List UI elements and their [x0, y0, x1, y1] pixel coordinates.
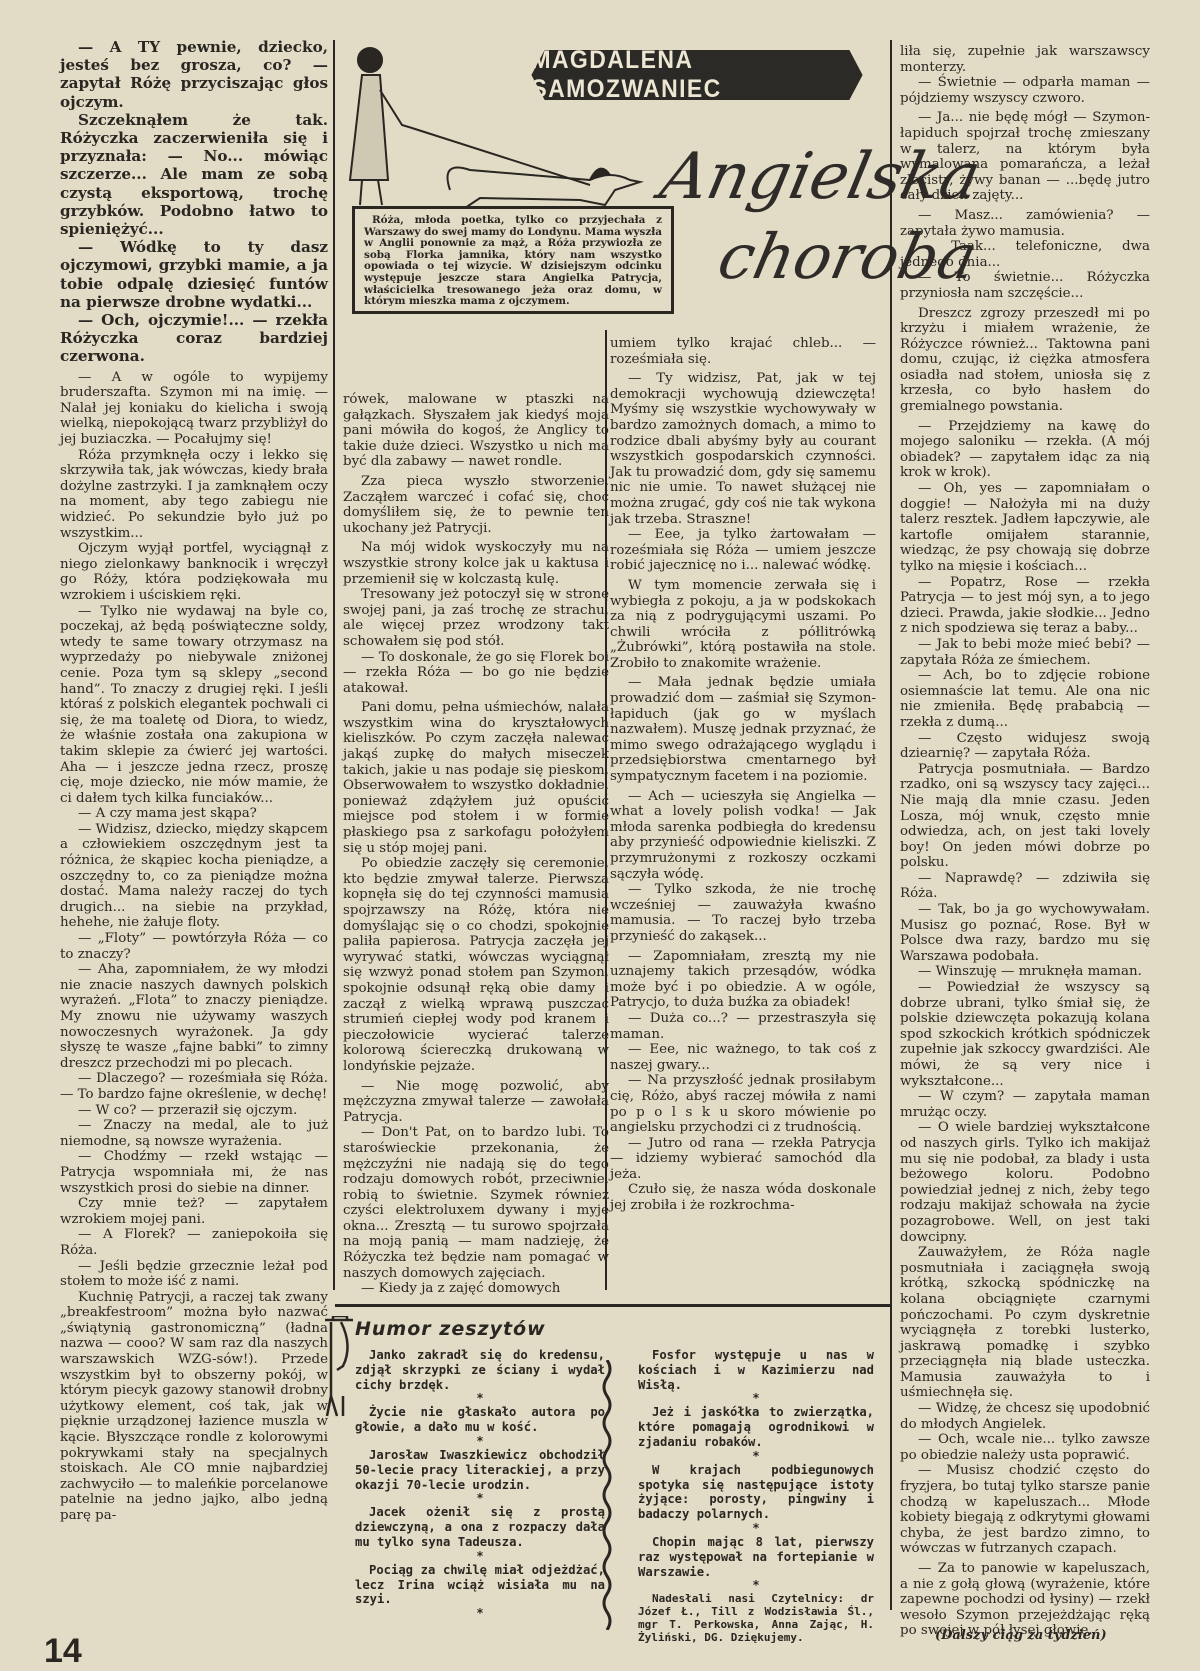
- star-separator: *: [638, 1392, 874, 1405]
- article-column-3: umiem tylko krajać chleb... — roześmiała…: [610, 336, 876, 1214]
- paragraph: Ojczym wyjął portfel, wyciągnął z niego …: [60, 541, 328, 603]
- paragraph: Dreszcz zgrozy przeszedł mi po krzyżu i …: [900, 306, 1150, 415]
- paragraph: — Ach — ucieszyła się Angielka — what a …: [610, 789, 876, 883]
- article-column-4: liła się, zupełnie jak warszawscy monter…: [900, 44, 1150, 1639]
- paragraph: — Często widujesz swoją dziearnię? — zap…: [900, 731, 1150, 762]
- paragraph: — Taak... telefoniczne, dwa jednego dnia…: [900, 239, 1150, 270]
- paragraph: — O wiele bardziej wykształcone od naszy…: [900, 1120, 1150, 1245]
- paragraph: — Powiedział że wszyscy są dobrze ubrani…: [900, 980, 1150, 1089]
- horizontal-rule: [335, 1304, 890, 1307]
- paragraph: — Duża co...? — przestraszyła się maman.: [610, 1011, 876, 1042]
- paragraph: — Eee, nic ważnego, to tak coś z naszej …: [610, 1042, 876, 1073]
- paragraph: — To doskonale, że go się Florek boi — r…: [343, 650, 609, 697]
- paragraph: W tym momencie zerwała się i wybiegła z …: [610, 578, 876, 672]
- humor-item: Pociąg za chwilę miał odjeżdżać, lecz Ir…: [355, 1563, 605, 1607]
- paragraph: — Eee, ja tylko żartowałam — roześmiała …: [610, 527, 876, 574]
- paragraph: Róża przymknęła oczy i lekko się skrzywi…: [60, 448, 328, 542]
- paragraph: — Chodźmy — rzekł wstając — Patrycja wsp…: [60, 1149, 328, 1196]
- continued-notice: (Dalszy ciąg za tydzień): [935, 1628, 1107, 1643]
- paragraph: — Świetnie — odparła maman — pójdziemy w…: [900, 75, 1150, 106]
- humor-item: Janko zakradł się do kredensu, zdjął skr…: [355, 1348, 605, 1392]
- star-separator: *: [355, 1392, 605, 1405]
- paragraph: — Zapomniałam, zresztą my nie uznajemy t…: [610, 949, 876, 1011]
- paragraph: — „Floty” — powtórzyła Róża — co to znac…: [60, 931, 328, 962]
- paragraph: — Mała jednak będzie umiała prowadzić do…: [610, 675, 876, 784]
- paragraph: — Na przyszłość jednak prosiłabym cię, R…: [610, 1073, 876, 1135]
- paragraph: — W co? — przeraził się ojczym.: [60, 1103, 328, 1119]
- column-rule: [333, 40, 335, 1290]
- paragraph: — Kiedy ja z zajęć domowych: [343, 1281, 609, 1297]
- paragraph: Czy mnie też? — zapytałem wzrokiem mojej…: [60, 1196, 328, 1227]
- humor-item: W krajach podbiegunowych spotyka się nas…: [638, 1463, 874, 1522]
- paragraph: — Och, ojczymie!... — rzekła Różyczka co…: [60, 311, 328, 366]
- paragraph: Zza pieca wyszło stworzenie. Zacząłem wa…: [343, 474, 609, 536]
- star-separator: *: [355, 1607, 605, 1620]
- star-separator: *: [355, 1435, 605, 1448]
- paragraph: — Jutro od rana — rzekła Patrycja — idzi…: [610, 1136, 876, 1183]
- article-column-2: rówek, malowane w ptaszki na gałązkach. …: [343, 392, 609, 1297]
- humor-item: Chopin mając 8 lat, pierwszy raz występo…: [638, 1535, 874, 1579]
- paragraph: — Tak, bo ja go wychowywałam. Musisz go …: [900, 902, 1150, 964]
- star-separator: *: [355, 1492, 605, 1505]
- paragraph: — Znaczy na medal, ale to już niemodne, …: [60, 1118, 328, 1149]
- humor-item: Życie nie głaskało autora po głowie, a d…: [355, 1405, 605, 1435]
- paragraph: — Popatrz, Rose — rzekła Patrycja — to j…: [900, 575, 1150, 637]
- humor-column-right: Fosfor występuje u nas w kościach i w Ka…: [638, 1348, 874, 1644]
- paragraph: — Ty widzisz, Pat, jak w tej demokracji …: [610, 371, 876, 527]
- paragraph: — Ach, bo to zdjęcie robione osiemnaście…: [900, 668, 1150, 730]
- humor-item: Jeż i jaskółka to zwierzątka, które poma…: [638, 1405, 874, 1449]
- paragraph: Na mój widok wyskoczyły mu na wszystkie …: [343, 540, 609, 587]
- paragraph: Tresowany jeż potoczył się w stronę swoj…: [343, 587, 609, 649]
- star-separator: *: [638, 1522, 874, 1535]
- paragraph: — Jeśli będzie grzecznie leżał pod stołe…: [60, 1259, 328, 1290]
- paragraph: — Jak to bebi może mieć bebi? — zapytała…: [900, 637, 1150, 668]
- paragraph: — Ja... nie będę mógł — Szymon-łapiduch …: [900, 110, 1150, 204]
- paragraph: — Widzisz, dziecko, między skąpcem a czł…: [60, 822, 328, 931]
- reader-credits: Nadesłali nasi Czytelnicy: dr Józef Ł., …: [638, 1592, 874, 1644]
- page-number: 14: [44, 1632, 82, 1671]
- paragraph: — Przejdziemy na kawę do mojego saloniku…: [900, 419, 1150, 481]
- paragraph: — W czym? — zapytała maman mrużąc oczy.: [900, 1089, 1150, 1120]
- paragraph: — A czy mama jest skąpa?: [60, 806, 328, 822]
- paragraph: umiem tylko krajać chleb... — roześmiała…: [610, 336, 876, 367]
- paragraph: — Widzę, że chcesz się upodobnić do młod…: [900, 1401, 1150, 1432]
- star-separator: *: [638, 1579, 874, 1592]
- paragraph: liła się, zupełnie jak warszawscy monter…: [900, 44, 1150, 75]
- humor-item: Fosfor występuje u nas w kościach i w Ka…: [638, 1348, 874, 1392]
- paragraph: — Dlaczego? — roześmiała się Róża. — To …: [60, 1071, 328, 1102]
- paragraph: Pani domu, pełna uśmiechów, nalała wszys…: [343, 700, 609, 856]
- humor-column-left: Janko zakradł się do kredensu, zdjął skr…: [355, 1348, 605, 1620]
- paragraph: — A TY pewnie, dziecko, jesteś bez grosz…: [60, 38, 328, 111]
- star-separator: *: [638, 1450, 874, 1463]
- paragraph: — Tylko szkoda, że nie trochę wcześniej …: [610, 882, 876, 944]
- paragraph: — Winszuję — mruknęła maman.: [900, 964, 1150, 980]
- humor-item: Jacek ożenił się z prostą dziewczyną, a …: [355, 1505, 605, 1549]
- humor-section-heading: Humor zeszytów: [355, 1318, 546, 1340]
- paragraph: Patrycja posmutniała. — Bardzo rzadko, o…: [900, 762, 1150, 871]
- paragraph: — Wódkę to ty dasz ojczymowi, grzybki ma…: [60, 238, 328, 311]
- paragraph: — Masz... zamówienia? — zapytała żywo ma…: [900, 208, 1150, 239]
- article-column-1: — A TY pewnie, dziecko, jesteś bez grosz…: [60, 38, 328, 1524]
- paragraph: — Don't Pat, on to bardzo lubi. To staro…: [343, 1125, 609, 1281]
- intro-box: Róża, młoda poetka, tylko co przyjechała…: [352, 206, 674, 314]
- paragraph: — A w ogóle to wypijemy bruderszafta. Sz…: [60, 370, 328, 448]
- intro-text: Róża, młoda poetka, tylko co przyjechała…: [364, 215, 662, 308]
- paragraph: Szczeknąłem że tak. Różyczka zaczerwieni…: [60, 111, 328, 238]
- column-rule: [890, 40, 892, 1610]
- paragraph: Czuło się, że nasza wóda doskonale jej z…: [610, 1182, 876, 1213]
- paragraph: Po obiedzie zaczęły się ceremonie, kto b…: [343, 856, 609, 1074]
- paragraph: — Musisz chodzić często do fryzjera, bo …: [900, 1463, 1150, 1557]
- paragraph: — Tylko nie wydawaj na byle co, poczekaj…: [60, 604, 328, 807]
- paragraph: — Och, wcale nie... tylko zawsze po obie…: [900, 1432, 1150, 1463]
- paragraph: — Aha, zapomniałem, że wy młodzi nie zna…: [60, 962, 328, 1071]
- paragraph: — To świetnie... Różyczka przyniosła nam…: [900, 270, 1150, 301]
- paragraph: Zauważyłem, że Róża nagle posmutniała i …: [900, 1245, 1150, 1401]
- paragraph: — Nie mogę pozwolić, aby mężczyzna zmywa…: [343, 1079, 609, 1126]
- paragraph: Kuchnię Patrycji, a raczej tak zwany „br…: [60, 1290, 328, 1524]
- wavy-divider: [600, 1360, 614, 1630]
- schoolboy-caricature-icon: [323, 1316, 357, 1426]
- paragraph: — Oh, yes — zapomniałam o doggie! — Nało…: [900, 481, 1150, 575]
- woman-with-dachshund-illustration: [340, 20, 670, 210]
- paragraph: rówek, malowane w ptaszki na gałązkach. …: [343, 392, 609, 470]
- paragraph: — A Florek? — zaniepokoiła się Róża.: [60, 1227, 328, 1258]
- humor-item: Jarosław Iwaszkiewicz obchodził 50-lecie…: [355, 1448, 605, 1492]
- paragraph: — Naprawdę? — zdziwiła się Róża.: [900, 871, 1150, 902]
- star-separator: *: [355, 1550, 605, 1563]
